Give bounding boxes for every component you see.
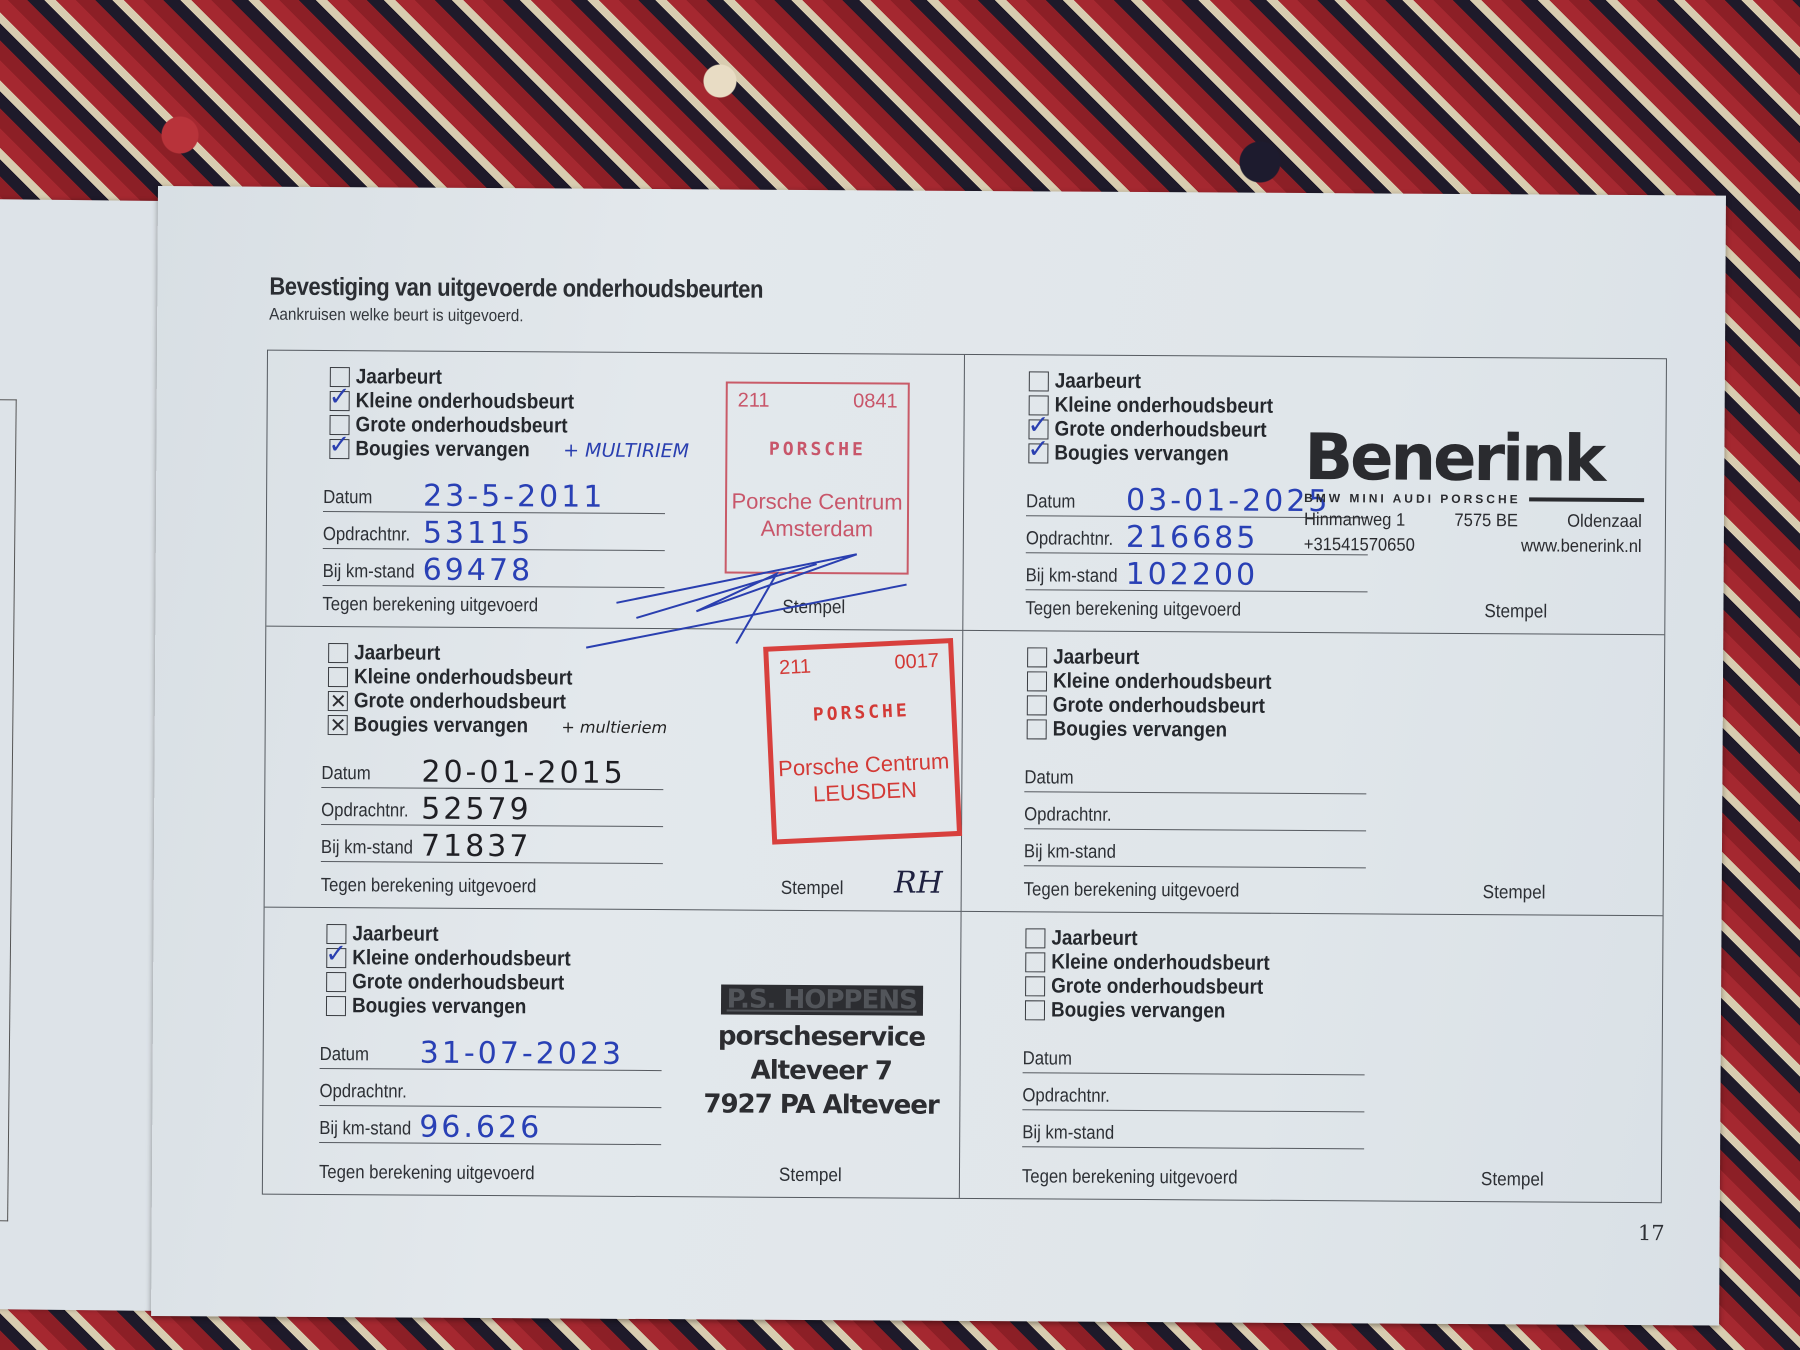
check-row: Bougies vervangen — [326, 994, 595, 1020]
service-fields: Datum Opdrachtnr. Bij km-stand — [1024, 755, 1367, 868]
opdrachtnr-value: 52579 — [421, 792, 532, 828]
check-label: Bougies vervangen — [1054, 441, 1229, 466]
check-label: Kleine onderhoudsbeurt — [1051, 950, 1270, 975]
check-row: ✓Kleine onderhoudsbeurt — [326, 946, 595, 972]
checkbox[interactable] — [1027, 695, 1047, 715]
service-type-checklist: JaarbeurtKleine onderhoudsbeurt✕Grote on… — [328, 641, 668, 739]
cross-mark-icon: ✕ — [330, 688, 347, 714]
opdrachtnr-field[interactable]: Opdrachtnr. — [1022, 1073, 1364, 1112]
datum-label: Datum — [1024, 767, 1073, 789]
checkbox[interactable] — [1027, 719, 1047, 739]
checkbox[interactable] — [1029, 371, 1049, 391]
check-label: Jaarbeurt — [1055, 369, 1141, 394]
opdrachtnr-label: Opdrachtnr. — [1024, 804, 1112, 827]
check-label: Bougies vervangen — [355, 437, 530, 462]
porsche-wordmark: PORSCHE — [727, 438, 907, 460]
check-row: Bougies vervangen — [1027, 717, 1296, 743]
check-row: Grote onderhoudsbeurt — [1027, 693, 1296, 719]
km-stand-field[interactable]: Bij km-stand 102200 — [1026, 553, 1368, 592]
benerink-logo: Benerink — [1304, 427, 1644, 491]
opdrachtnr-label: Opdrachtnr. — [1022, 1085, 1110, 1108]
check-label: Bougies vervangen — [1053, 717, 1228, 742]
service-fields: Datum 20-01-2015 Opdrachtnr. 52579 Bij k… — [321, 751, 664, 864]
checkbox[interactable] — [1025, 976, 1045, 996]
datum-label: Datum — [1026, 491, 1075, 513]
page-subtitle: Aankruisen welke beurt is uitgevoerd. — [269, 305, 523, 327]
check-label: Grote onderhoudsbeurt — [352, 970, 564, 995]
service-fields: Datum Opdrachtnr. Bij km-stand — [1022, 1036, 1365, 1149]
km-stand-field[interactable]: Bij km-stand — [1022, 1110, 1364, 1149]
checkbox[interactable]: ✕ — [328, 691, 348, 711]
stamp-label: Stempel — [781, 878, 844, 900]
datum-field[interactable]: Datum 20-01-2015 — [321, 751, 663, 790]
opdrachtnr-value: 216685 — [1126, 520, 1259, 556]
opdrachtnr-label: Opdrachtnr. — [1026, 528, 1114, 551]
stamp-city: Oldenzaal — [1567, 511, 1642, 532]
check-label: Bougies vervangen — [1051, 998, 1226, 1023]
stamp-label: Stempel — [779, 1165, 842, 1187]
cross-mark-icon: ✕ — [330, 712, 347, 738]
checkbox[interactable] — [1027, 647, 1047, 667]
stamp-number-left: 211 — [738, 390, 770, 413]
stamp-label: Stempel — [1485, 601, 1548, 623]
stamp-number-right: 0841 — [853, 390, 898, 413]
check-row: Kleine onderhoudsbeurt — [1027, 669, 1296, 695]
km-stand-field[interactable]: Bij km-stand 71837 — [321, 825, 663, 864]
check-mark-icon: ✓ — [328, 432, 350, 458]
check-label: Kleine onderhoudsbeurt — [356, 389, 575, 414]
checkbox[interactable] — [1025, 952, 1045, 972]
check-label: Jaarbeurt — [354, 641, 440, 666]
check-label: Kleine onderhoudsbeurt — [1055, 393, 1274, 418]
km-stand-value: 102200 — [1126, 557, 1259, 593]
datum-value: 31-07-2023 — [420, 1036, 625, 1072]
service-type-checklist: JaarbeurtKleine onderhoudsbeurt✓Grote on… — [1028, 369, 1297, 467]
page-title: Bevestiging van uitgevoerde onderhoudsbe… — [269, 273, 763, 305]
datum-value: 23-5-2011 — [423, 479, 605, 515]
km-stand-value: 71837 — [421, 829, 532, 865]
check-label: Bougies vervangen — [352, 994, 527, 1019]
check-label: Jaarbeurt — [352, 922, 438, 947]
check-row: Jaarbeurt — [1029, 369, 1298, 395]
km-stand-label: Bij km-stand — [321, 837, 413, 860]
service-fields: Datum 31-07-2023 Opdrachtnr. Bij km-stan… — [319, 1032, 662, 1145]
checkbox[interactable] — [1027, 671, 1047, 691]
check-label: Kleine onderhoudsbeurt — [352, 946, 571, 971]
check-row: Jaarbeurt — [1025, 926, 1294, 952]
service-type-checklist: Jaarbeurt✓Kleine onderhoudsbeurtGrote on… — [326, 922, 595, 1020]
check-row: ✓Bougies vervangen+ MULTIRIEM — [329, 437, 689, 463]
checkbox[interactable]: ✓ — [326, 948, 346, 968]
check-row: Jaarbeurt — [328, 641, 668, 667]
footer-label: Tegen berekening uitgevoerd — [1025, 598, 1241, 621]
stamp-line: Alteveer 7 — [704, 1053, 940, 1088]
service-booklet-page: Bevestiging van uitgevoerde onderhoudsbe… — [151, 186, 1726, 1326]
checkbox[interactable] — [1025, 1000, 1045, 1020]
stamp-number-left: 211 — [779, 656, 812, 680]
handwritten-note: + multieriem — [561, 717, 667, 737]
service-entry: JaarbeurtKleine onderhoudsbeurtGrote ond… — [962, 631, 1665, 916]
datum-field[interactable]: Datum — [1024, 755, 1366, 794]
service-table: Jaarbeurt✓Kleine onderhoudsbeurtGrote on… — [262, 350, 1667, 1204]
check-mark-icon: ✓ — [325, 941, 347, 967]
datum-value: 03-01-2025 — [1126, 483, 1331, 519]
check-row: ✕Bougies vervangen+ multieriem — [328, 713, 668, 739]
check-label: Grote onderhoudsbeurt — [1054, 417, 1266, 442]
check-row: Grote onderhoudsbeurt — [329, 413, 689, 439]
datum-label: Datum — [1023, 1048, 1072, 1070]
check-row: Kleine onderhoudsbeurt — [1025, 950, 1294, 976]
stamp-number-right: 0017 — [894, 650, 940, 675]
footer-label: Tegen berekening uitgevoerd — [322, 594, 538, 617]
km-stand-label: Bij km-stand — [1024, 841, 1116, 864]
checkbox[interactable]: ✓ — [330, 391, 350, 411]
check-row: Jaarbeurt — [330, 365, 690, 391]
datum-label: Datum — [320, 1044, 369, 1066]
check-row: Kleine onderhoudsbeurt — [328, 665, 668, 691]
checkbox[interactable]: ✕ — [328, 715, 348, 735]
datum-value: 20-01-2015 — [421, 755, 626, 791]
check-row: Jaarbeurt — [1027, 645, 1296, 671]
checkbox[interactable] — [326, 972, 346, 992]
service-entry: JaarbeurtKleine onderhoudsbeurt✓Grote on… — [963, 355, 1666, 635]
check-label: Grote onderhoudsbeurt — [354, 689, 566, 714]
opdrachtnr-label: Opdrachtnr. — [323, 524, 411, 547]
datum-label: Datum — [323, 487, 372, 509]
check-row: Kleine onderhoudsbeurt — [1029, 393, 1298, 419]
datum-label: Datum — [321, 763, 370, 785]
datum-field[interactable]: Datum 31-07-2023 — [320, 1032, 662, 1071]
checkbox[interactable]: ✓ — [329, 439, 349, 459]
stamp-label: Stempel — [1481, 1169, 1544, 1191]
check-row: Grote onderhoudsbeurt — [1025, 974, 1294, 1000]
check-row: ✕Grote onderhoudsbeurt — [328, 689, 668, 715]
stamp-dealer-name: Porsche Centrum — [727, 487, 907, 515]
left-page-table-edge — [0, 399, 17, 1221]
stamp-street: Hinmanweg 1 — [1304, 509, 1405, 531]
km-stand-field[interactable]: Bij km-stand 96.626 — [319, 1106, 661, 1145]
service-type-checklist: JaarbeurtKleine onderhoudsbeurtGrote ond… — [1025, 926, 1294, 1024]
footer-label: Tegen berekening uitgevoerd — [321, 875, 537, 898]
opdrachtnr-field[interactable]: Opdrachtnr. — [1024, 792, 1366, 831]
opdrachtnr-value: 53115 — [423, 516, 534, 552]
check-row: ✓Bougies vervangen — [1028, 441, 1297, 467]
check-mark-icon: ✓ — [329, 384, 351, 410]
stamp-line: porscheservice — [704, 1019, 940, 1054]
checkbox[interactable]: ✓ — [1028, 443, 1048, 463]
benerink-stamp: BenerinkBMW MINI AUDI PORSCHEHinmanweg 1… — [1304, 427, 1645, 557]
dealer-stamp: 2110017PORSCHEPorsche CentrumLEUSDEN — [763, 638, 962, 845]
check-mark-icon: ✓ — [1027, 436, 1049, 462]
check-label: Jaarbeurt — [1053, 645, 1139, 670]
checkbox[interactable] — [328, 643, 348, 663]
check-row: Jaarbeurt — [326, 922, 595, 948]
km-stand-label: Bij km-stand — [323, 561, 415, 584]
service-entry: JaarbeurtKleine onderhoudsbeurt✕Grote on… — [265, 627, 964, 912]
porsche-wordmark: PORSCHE — [771, 698, 952, 727]
km-stand-field[interactable]: Bij km-stand — [1024, 829, 1366, 868]
stamp-label: Stempel — [1483, 882, 1546, 904]
page-number: 17 — [1638, 1221, 1665, 1245]
check-row: Bougies vervangen — [1025, 998, 1294, 1024]
stamp-postcode: 7575 BE — [1454, 510, 1518, 531]
opdrachtnr-label: Opdrachtnr. — [319, 1081, 407, 1104]
datum-field[interactable]: Datum 23-5-2011 — [323, 475, 665, 514]
stamp-company-name: P.S. HOPPENS — [721, 984, 923, 1015]
opdrachtnr-label: Opdrachtnr. — [321, 800, 409, 823]
check-label: Kleine onderhoudsbeurt — [354, 665, 573, 690]
check-row: Grote onderhoudsbeurt — [326, 970, 595, 996]
opdrachtnr-field[interactable]: Opdrachtnr. — [319, 1069, 661, 1108]
check-label: Grote onderhoudsbeurt — [1053, 693, 1265, 718]
porscheservice-stamp: P.S. HOPPENSporscheserviceAlteveer 77927… — [703, 982, 939, 1122]
check-label: Jaarbeurt — [1051, 926, 1137, 951]
stamp-phone: +31541570650 — [1304, 534, 1415, 556]
datum-field[interactable]: Datum — [1023, 1036, 1365, 1075]
km-stand-label: Bij km-stand — [1022, 1122, 1114, 1145]
km-stand-label: Bij km-stand — [1026, 565, 1118, 588]
service-entry: Jaarbeurt✓Kleine onderhoudsbeurtGrote on… — [266, 351, 965, 631]
handwritten-note: + MULTIRIEM — [563, 439, 689, 462]
footer-label: Tegen berekening uitgevoerd — [319, 1162, 535, 1185]
check-label: Grote onderhoudsbeurt — [1051, 974, 1263, 999]
service-entry: Jaarbeurt✓Kleine onderhoudsbeurtGrote on… — [263, 908, 962, 1198]
check-row: ✓Grote onderhoudsbeurt — [1028, 417, 1297, 443]
opdrachtnr-field[interactable]: Opdrachtnr. 52579 — [321, 788, 663, 827]
footer-label: Tegen berekening uitgevoerd — [1022, 1166, 1238, 1189]
footer-label: Tegen berekening uitgevoerd — [1024, 879, 1240, 902]
left-page — [0, 199, 166, 1311]
service-type-checklist: Jaarbeurt✓Kleine onderhoudsbeurtGrote on… — [329, 365, 689, 463]
service-type-checklist: JaarbeurtKleine onderhoudsbeurtGrote ond… — [1027, 645, 1296, 743]
check-label: Kleine onderhoudsbeurt — [1053, 669, 1272, 694]
stamp-website: www.benerink.nl — [1521, 535, 1642, 557]
stamp-line: 7927 PA Alteveer — [703, 1087, 939, 1122]
check-row: ✓Kleine onderhoudsbeurt — [330, 389, 690, 415]
km-stand-label: Bij km-stand — [319, 1118, 411, 1141]
km-stand-value: 96.626 — [419, 1110, 542, 1146]
check-label: Grote onderhoudsbeurt — [355, 413, 567, 438]
checkbox[interactable] — [1025, 928, 1045, 948]
initials: RH — [894, 866, 943, 901]
checkbox[interactable] — [328, 667, 348, 687]
km-stand-value: 69478 — [423, 553, 534, 589]
service-entry: JaarbeurtKleine onderhoudsbeurtGrote ond… — [960, 912, 1663, 1202]
check-label: Bougies vervangen — [354, 713, 529, 738]
check-label: Jaarbeurt — [356, 365, 442, 390]
checkbox[interactable] — [326, 996, 346, 1016]
